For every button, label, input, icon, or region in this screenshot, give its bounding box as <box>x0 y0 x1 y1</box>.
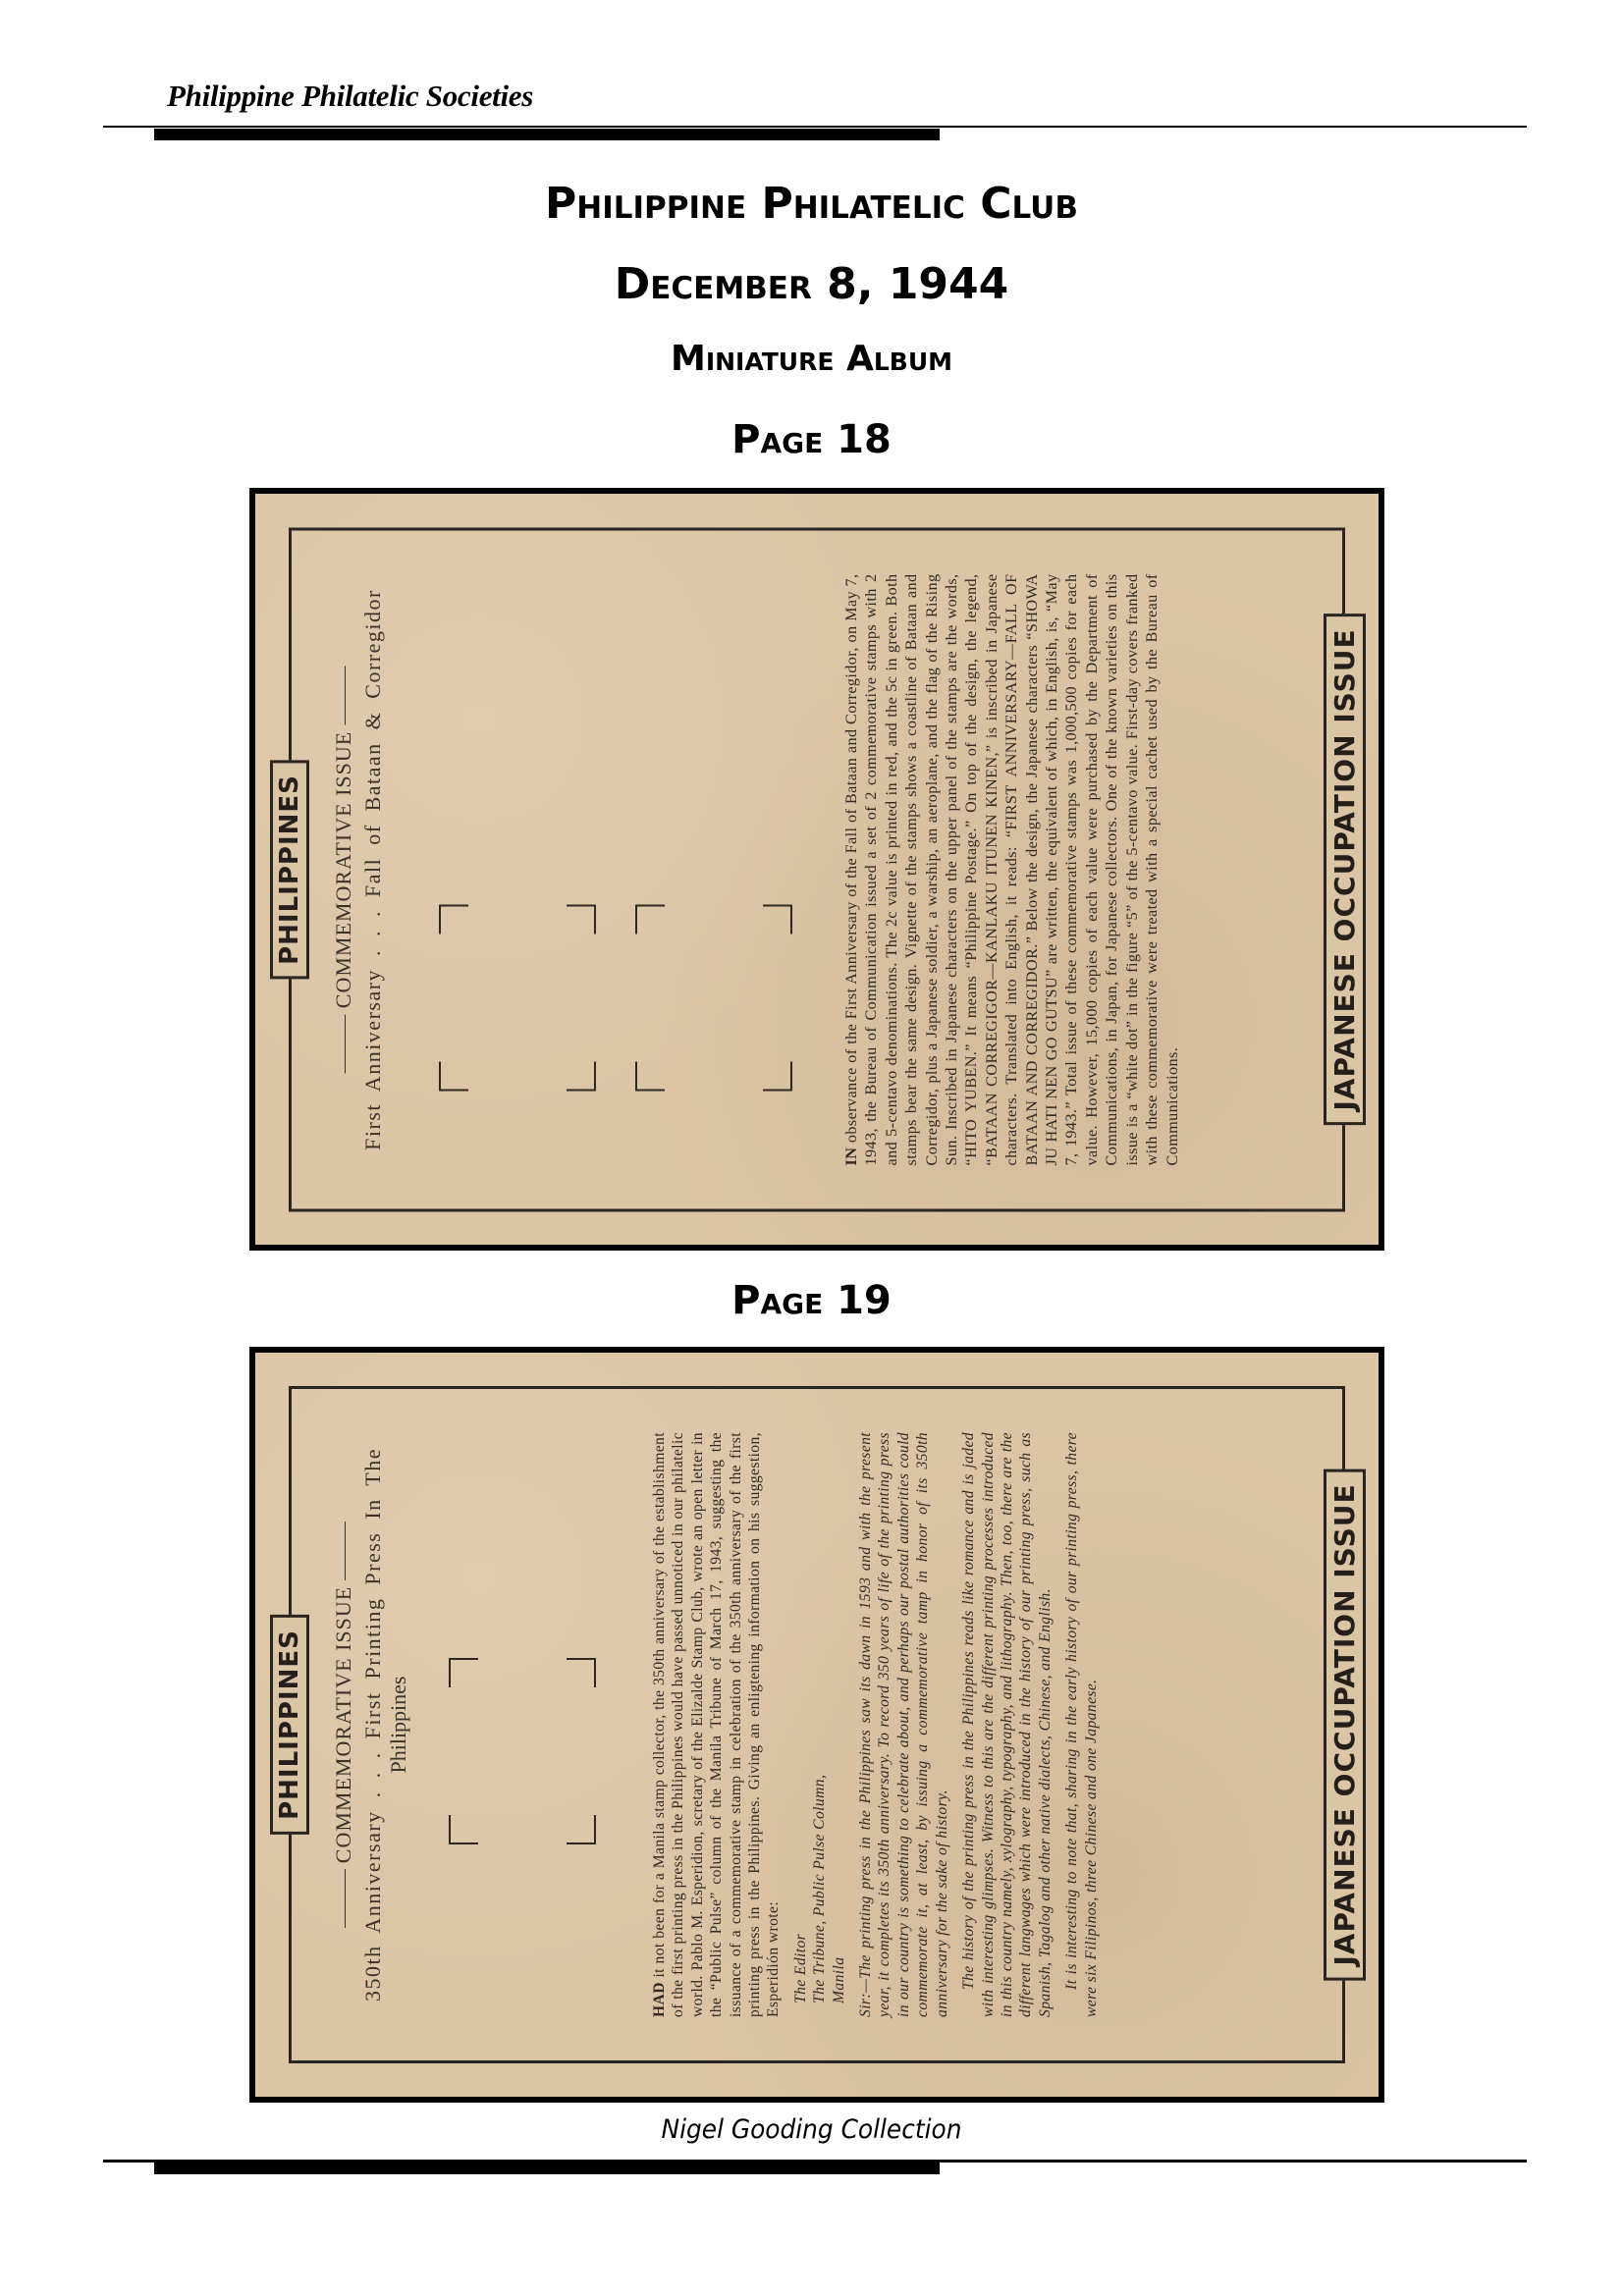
album-title: Miniature Album <box>0 339 1623 379</box>
issue-title: COMMEMORATIVE ISSUE <box>331 530 356 1208</box>
issue-subtitle: First Anniversary . . . Fall of Bataan &… <box>360 530 386 1208</box>
occupation-tag: JAPANESE OCCUPATION ISSUE <box>1324 614 1366 1125</box>
article-text: IN observance of the First Anniversary o… <box>841 573 1182 1165</box>
article-text: HAD it not been for a Manila stamp colle… <box>650 1432 1101 2017</box>
page-frame: PHILIPPINES COMMEMORATIVE ISSUE 350th An… <box>289 1386 1345 2063</box>
occupation-tag: JAPANESE OCCUPATION ISSUE <box>1324 1468 1366 1980</box>
collection-credit: Nigel Gooding Collection <box>65 2114 1558 2145</box>
letter-paragraph: The history of the printing press in the… <box>959 1432 1055 2017</box>
stamp-mount-2c <box>439 904 596 1091</box>
stamp-mount <box>449 1658 596 1844</box>
country-tag: PHILIPPINES <box>270 760 309 980</box>
article-intro: it not been for a Manila stamp collector… <box>651 1432 782 2017</box>
album-page-18-content: PHILIPPINES COMMEMORATIVE ISSUE First An… <box>255 494 1379 1245</box>
club-title: Philippine Philatelic Club <box>0 179 1623 229</box>
album-page-19-scan: PHILIPPINES COMMEMORATIVE ISSUE 350th An… <box>249 1347 1384 2103</box>
running-header-title: Philippine Philatelic Societies <box>167 79 533 114</box>
country-tag: PHILIPPINES <box>270 1615 309 1835</box>
letter-address-1: The Editor <box>791 1432 810 2017</box>
issue-heading: COMMEMORATIVE ISSUE 350th Anniversary . … <box>331 1389 411 2060</box>
letter-paragraph: Sir:—The printing press in the Philippin… <box>856 1432 951 2017</box>
letter-address-2: The Tribune, Public Pulse Column, <box>810 1432 829 2017</box>
article-lead: IN <box>842 1147 860 1165</box>
stamp-mount-5c <box>635 904 792 1091</box>
article-body: observance of the First Anniversary of t… <box>842 573 1181 1165</box>
issue-subtitle-cont: Philippines <box>386 1389 411 2060</box>
issue-heading: COMMEMORATIVE ISSUE First Anniversary . … <box>331 530 386 1208</box>
header-rule-bar <box>154 129 940 140</box>
article-lead: HAD <box>651 1982 668 2017</box>
letter-address-3: Manila <box>830 1432 848 2017</box>
footer-rule-bar <box>154 2163 940 2174</box>
page-19-label: Page 19 <box>0 1278 1623 1323</box>
letter-paragraph: It is interesting to note that, sharing … <box>1062 1432 1101 2017</box>
album-page-18-scan: PHILIPPINES COMMEMORATIVE ISSUE First An… <box>249 488 1384 1251</box>
issue-title: COMMEMORATIVE ISSUE <box>331 1389 356 2060</box>
issue-subtitle: 350th Anniversary . . . First Printing P… <box>360 1389 386 2060</box>
page-frame: PHILIPPINES COMMEMORATIVE ISSUE First An… <box>289 527 1345 1211</box>
header-rule <box>103 126 1527 128</box>
page-18-label: Page 18 <box>0 417 1623 462</box>
album-page-19-content: PHILIPPINES COMMEMORATIVE ISSUE 350th An… <box>255 1353 1379 2097</box>
date-title: December 8, 1944 <box>0 259 1623 309</box>
